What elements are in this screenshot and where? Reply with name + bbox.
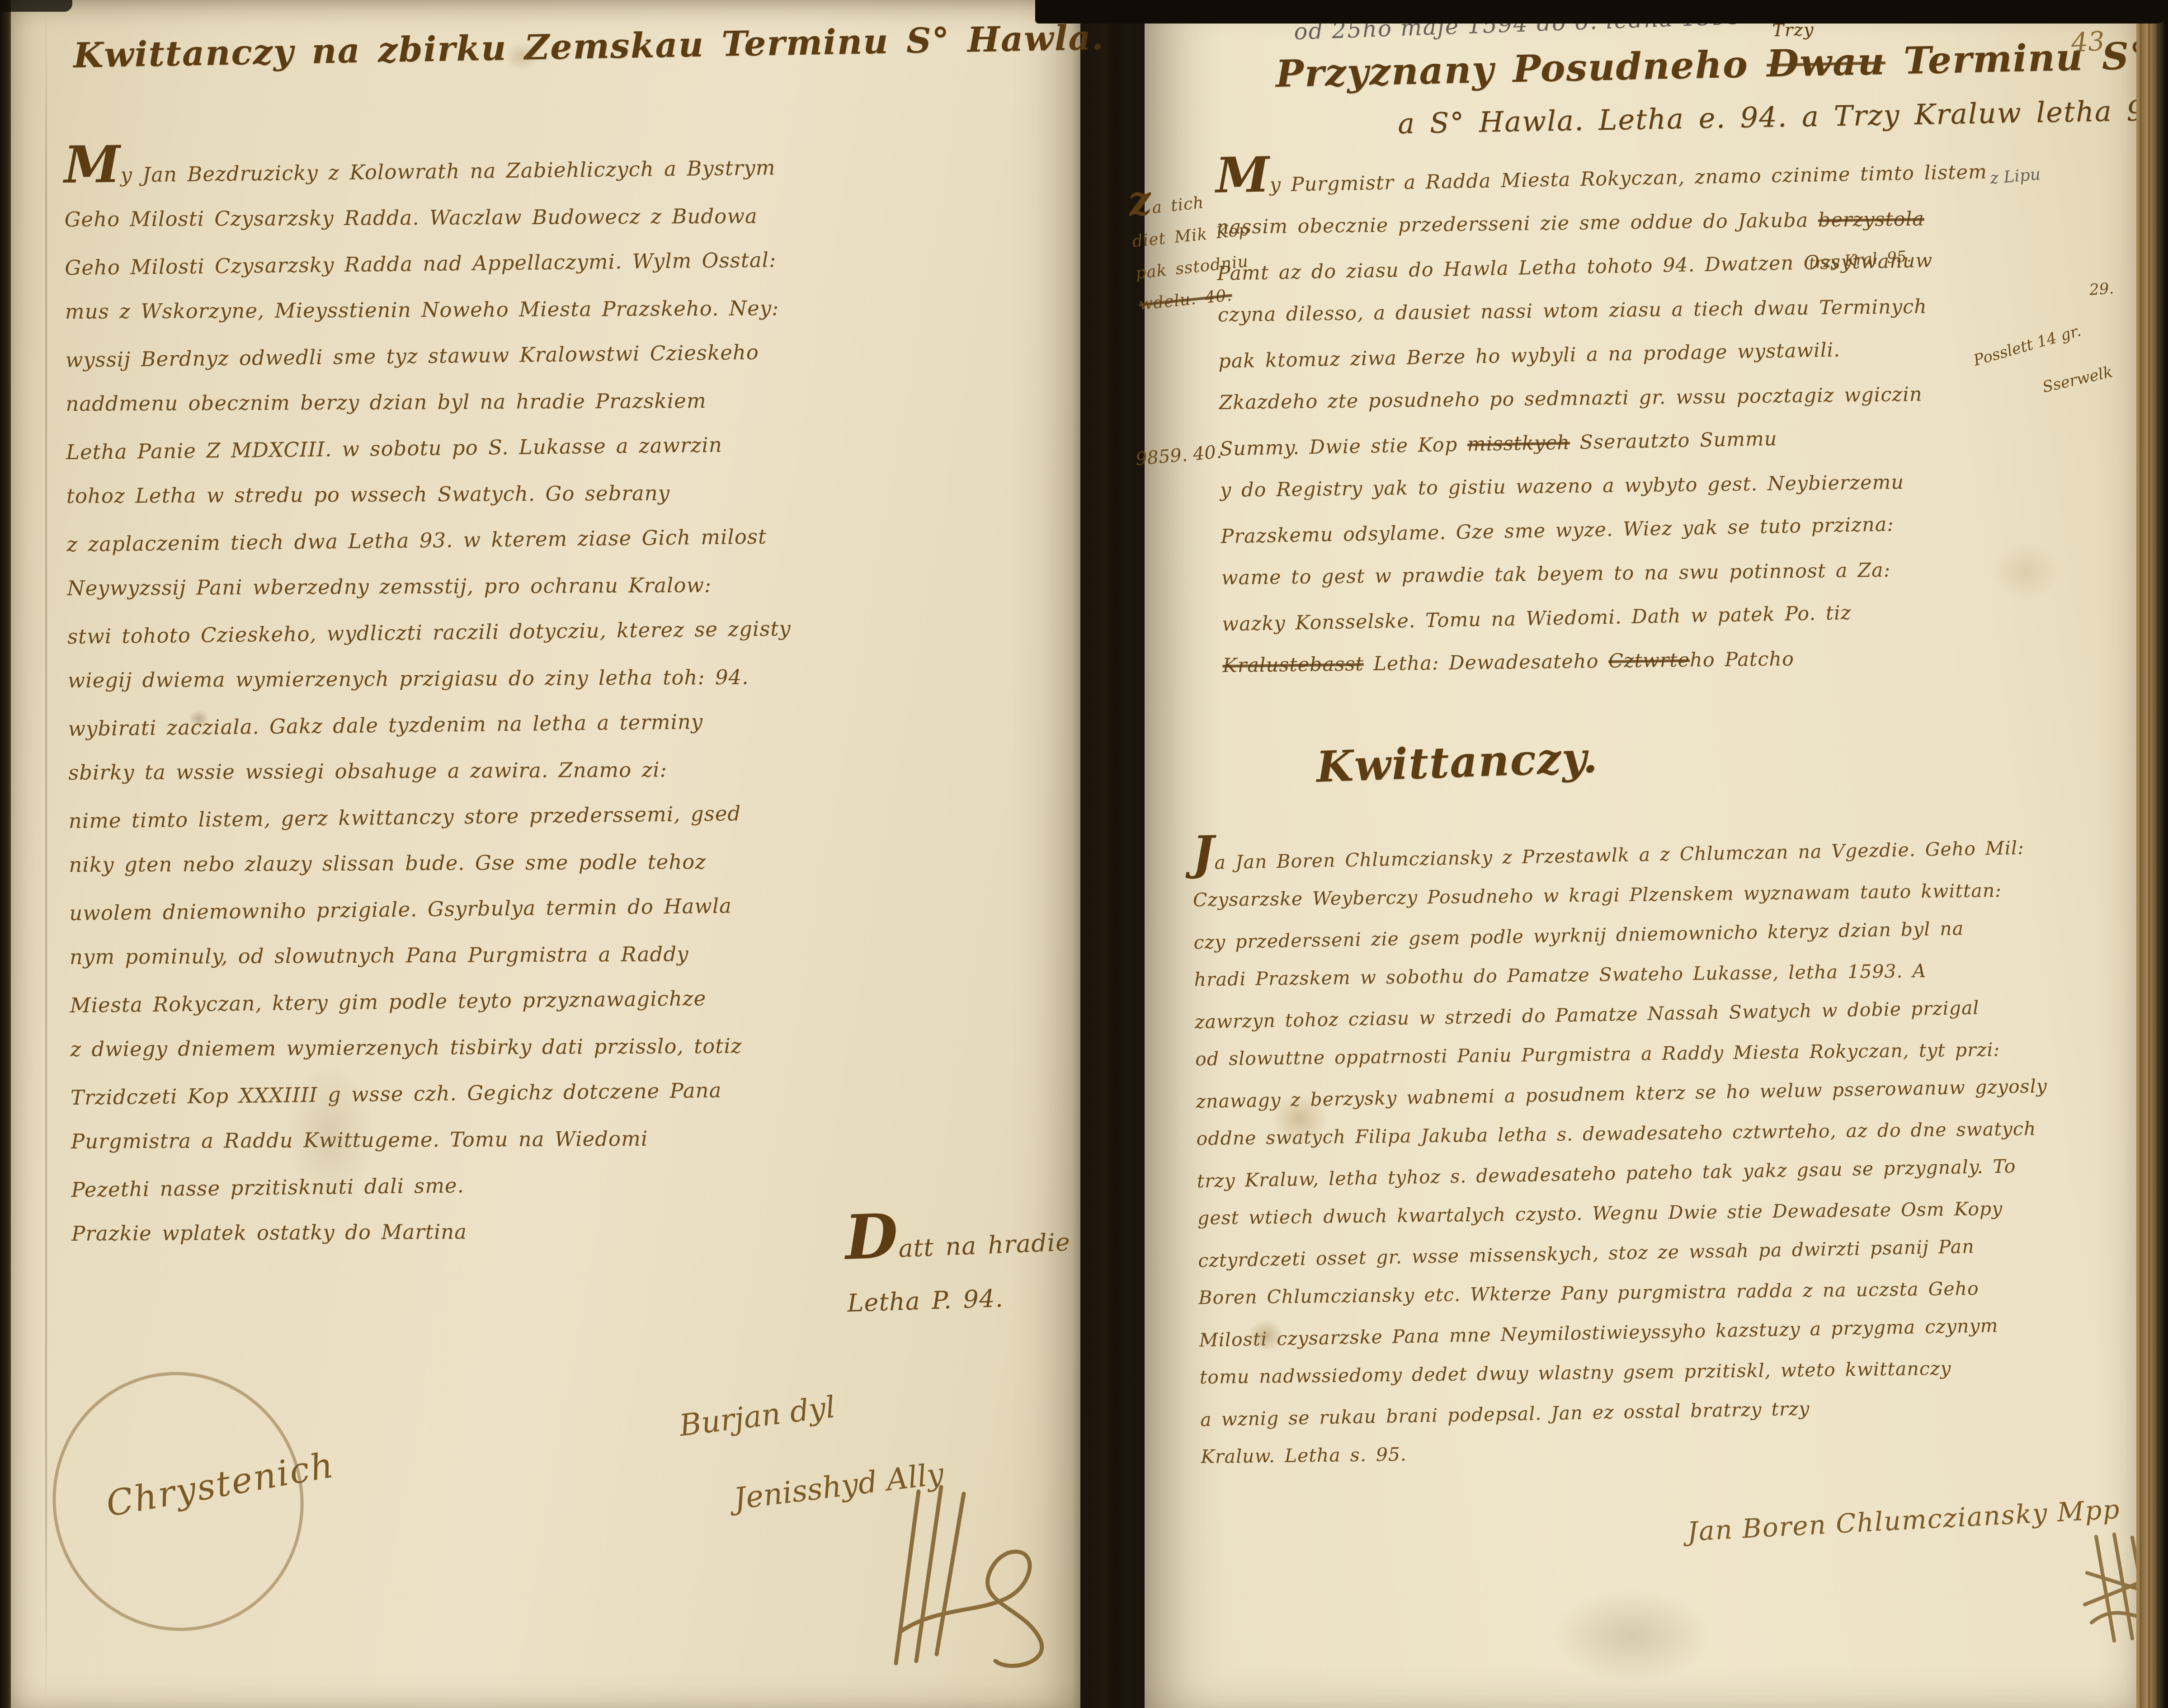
left-page-date-block: Datt na hradie Letha P. 94.: [844, 1207, 1073, 1330]
manuscript-line: nym pominuly, od slowutnych Pana Purgmis…: [70, 931, 793, 980]
signature-paraph: [891, 1482, 1054, 1672]
right-page-heading-line2: a S° Hawla. Letha e. 94. a Trzy Kraluw l…: [1397, 94, 2168, 140]
right-page-margin-notes: za tichdiet Mik Koppak sstodniuwdelu. 40…: [1126, 175, 1258, 321]
date-line: Datt na hradie: [844, 1207, 1071, 1277]
manuscript-line: mus z Wskorzyne, Mieysstienin Noweho Mie…: [65, 285, 789, 335]
margin-sum: 9859. 40.: [1135, 442, 1222, 470]
manuscript-line: stwi tohoto Czieskeho, wydliczti raczili…: [67, 606, 791, 660]
manuscript-line: Purgmistra a Raddu Kwittugeme. Tomu na W…: [71, 1115, 795, 1165]
manuscript-line: Neywyzssij Pani wberzedny zemsstij, pro …: [67, 562, 791, 612]
right-page-body-1: My Purgmistr a Radda Miesta Rokyczan, zn…: [1216, 146, 1994, 689]
left-page-body: My Jan Bezdruzicky z Kolowrath na Zabieh…: [64, 140, 795, 1257]
page-fold-line: [45, 0, 47, 1708]
manuscript-line: naddmenu obecznim berzy dzian byl na hra…: [66, 377, 789, 427]
top-left-corner-shadow: [0, 0, 72, 12]
interlinear-ink-note-2: 29.: [2089, 279, 2115, 299]
manuscript-line: Miesta Rokyczan, ktery gim podle teyto p…: [70, 974, 794, 1029]
manuscript-line: Kralustebasst Letha: Dewadesateho Cztwrt…: [1222, 635, 1994, 688]
manuscript-line: Geho Milosti Czysarzsky Radda. Waczlaw B…: [64, 193, 788, 243]
left-page: Kwittanczy na zbirku Zemskau Terminu S° …: [10, 0, 1080, 1708]
heading-text: Przyznany Posudneho: [1275, 42, 1767, 96]
interlinear-pencil-note: z Lipu: [1989, 165, 2041, 188]
manuscript-line: Prazkie wplatek ostatky do Martina: [71, 1207, 795, 1257]
manuscript-line: Letha Panie Z MDXCIII. w sobotu po S. Lu…: [66, 421, 790, 475]
manuscript-line: wiegij dwiema wymierzenych przigiasu do …: [67, 654, 791, 704]
manuscript-line: z dwiegy dniemem wymierzenych tisbirky d…: [70, 1023, 794, 1073]
book-left-edge: [0, 0, 11, 1708]
manuscript-photo: Kwittanczy na zbirku Zemskau Terminu S° …: [0, 0, 2168, 1708]
date-line: Letha P. 94.: [847, 1270, 1073, 1330]
manuscript-line: sbirky ta wssie wssiegi obsahuge a zawir…: [68, 746, 792, 796]
manuscript-line: wybirati zacziala. Gakz dale tyzdenim na…: [68, 698, 792, 752]
left-page-heading: Kwittanczy na zbirku Zemskau Terminu S° …: [73, 17, 1104, 75]
manuscript-line: Pezethi nasse przitisknuti dali sme.: [71, 1159, 795, 1213]
kwittanczy-section-heading: Kwittanczy.: [1315, 733, 1599, 792]
manuscript-line: Geho Milosti Czysarzsky Radda nad Appell…: [65, 237, 789, 291]
left-signature-2-line1: Burjan dyl: [678, 1389, 837, 1443]
manuscript-line: tohoz Letha w stredu po wssech Swatych. …: [66, 470, 790, 519]
manuscript-line: My Jan Bezdruzicky z Kolowrath na Zabieh…: [64, 138, 788, 199]
manuscript-line: nime timto listem, gerz kwittanczy store…: [68, 790, 792, 844]
margin-note-right-b: Sserwelk: [2041, 363, 2115, 396]
heading-struck-word: Dwau: [1766, 40, 1885, 85]
manuscript-line: z zaplaczenim tiech dwa Letha 93. w kter…: [66, 513, 791, 568]
manuscript-line: uwolem dniemowniho przigiale. Gsyrbulya …: [69, 882, 793, 936]
book-right-edge-shadow: [2153, 0, 2168, 1708]
top-binding-shadow: [1035, 0, 2168, 24]
right-page: od 25ho maje 1594 do 6. ledna 1595 43. P…: [1145, 0, 2139, 1708]
manuscript-line: wyssij Berdnyz odwedli sme tyz stawuw Kr…: [65, 329, 789, 383]
right-signature: Jan Boren Chlumcziansky Mpp: [1687, 1494, 2121, 1547]
manuscript-line: Trzidczeti Kop XXXIIII g wsse czh. Gegic…: [71, 1067, 795, 1121]
manuscript-line: niky gten nebo zlauzy slissan bude. Gse …: [69, 838, 792, 888]
right-page-body-2: Ja Jan Boren Chlumcziansky z Przestawlk …: [1192, 823, 2052, 1477]
heading-text: Terminu S° Jakuba: [1885, 31, 2168, 83]
